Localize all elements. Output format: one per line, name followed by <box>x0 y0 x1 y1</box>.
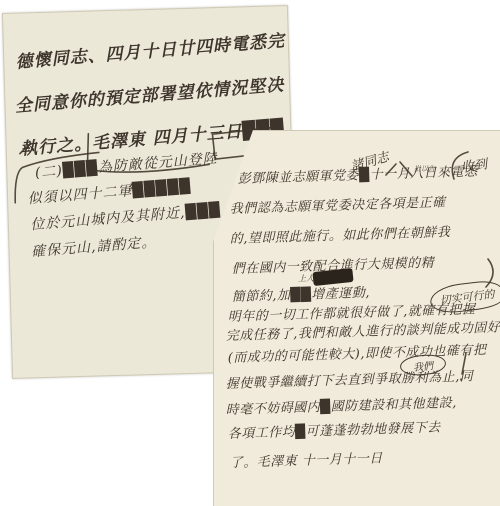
manuscript-line: 德懷同志、四月十日廿四時電悉完 <box>15 32 286 73</box>
manuscript-line: 似須以四十二軍█████ <box>27 178 192 207</box>
manuscript-line: (而成功的可能性較大),即使不成功也確有把 <box>228 344 487 367</box>
right-manuscript-page: 彭鄧陳並志願軍党委█十一月八日來電悉 我們認為志願軍党委决定各項是正確 的,望即… <box>213 130 500 506</box>
manuscript-line: 我們認為志願軍党委决定各項是正確 <box>230 196 446 218</box>
manuscript-line: 握使戰爭繼續打下去直到爭取勝利為止,同 <box>226 370 474 393</box>
manuscript-line: 位於元山城内及其附近,███ <box>30 202 221 233</box>
manuscript-line: 各項工作均█可蓬蓬勃勃地發展下去 <box>228 421 441 443</box>
margin-bubble-text: 切实可行的 <box>439 286 496 309</box>
manuscript-line: 確保元山,請酌定。 <box>31 234 157 260</box>
scribbled-out-text <box>312 268 353 286</box>
manuscript-line: 完成任務了,我們和敵人進行的談判能成功固好 <box>226 321 500 345</box>
manuscript-line: 的,望即照此施行。如此你們在朝鮮我 <box>230 226 451 248</box>
insert-above-line-annotation: 上人 <box>298 273 314 284</box>
tiny-note-annotation: 批以告 <box>414 164 435 174</box>
manuscript-line: 簡節約,加██增產運動, <box>232 287 371 306</box>
manuscript-line: 時毫不妨碍國内█國防建設和其他建設, <box>226 397 457 419</box>
manuscript-line: 了。毛澤東 十一月十一日 <box>230 452 384 472</box>
received-mark-annotation: 收到 <box>460 153 488 175</box>
manuscript-line: 全同意你的預定部署望依情況堅决 <box>14 76 285 117</box>
margin-bubble-annotation: 切实可行的 <box>429 279 500 316</box>
circled-insertion-text: 我們 <box>412 357 433 374</box>
manuscript-photo: 德懷同志、四月十日廿四時電悉完 全同意你的預定部署望依情況堅决 執行之。毛澤東 … <box>0 0 500 506</box>
inserted-character-annotation: 執 <box>128 178 138 193</box>
